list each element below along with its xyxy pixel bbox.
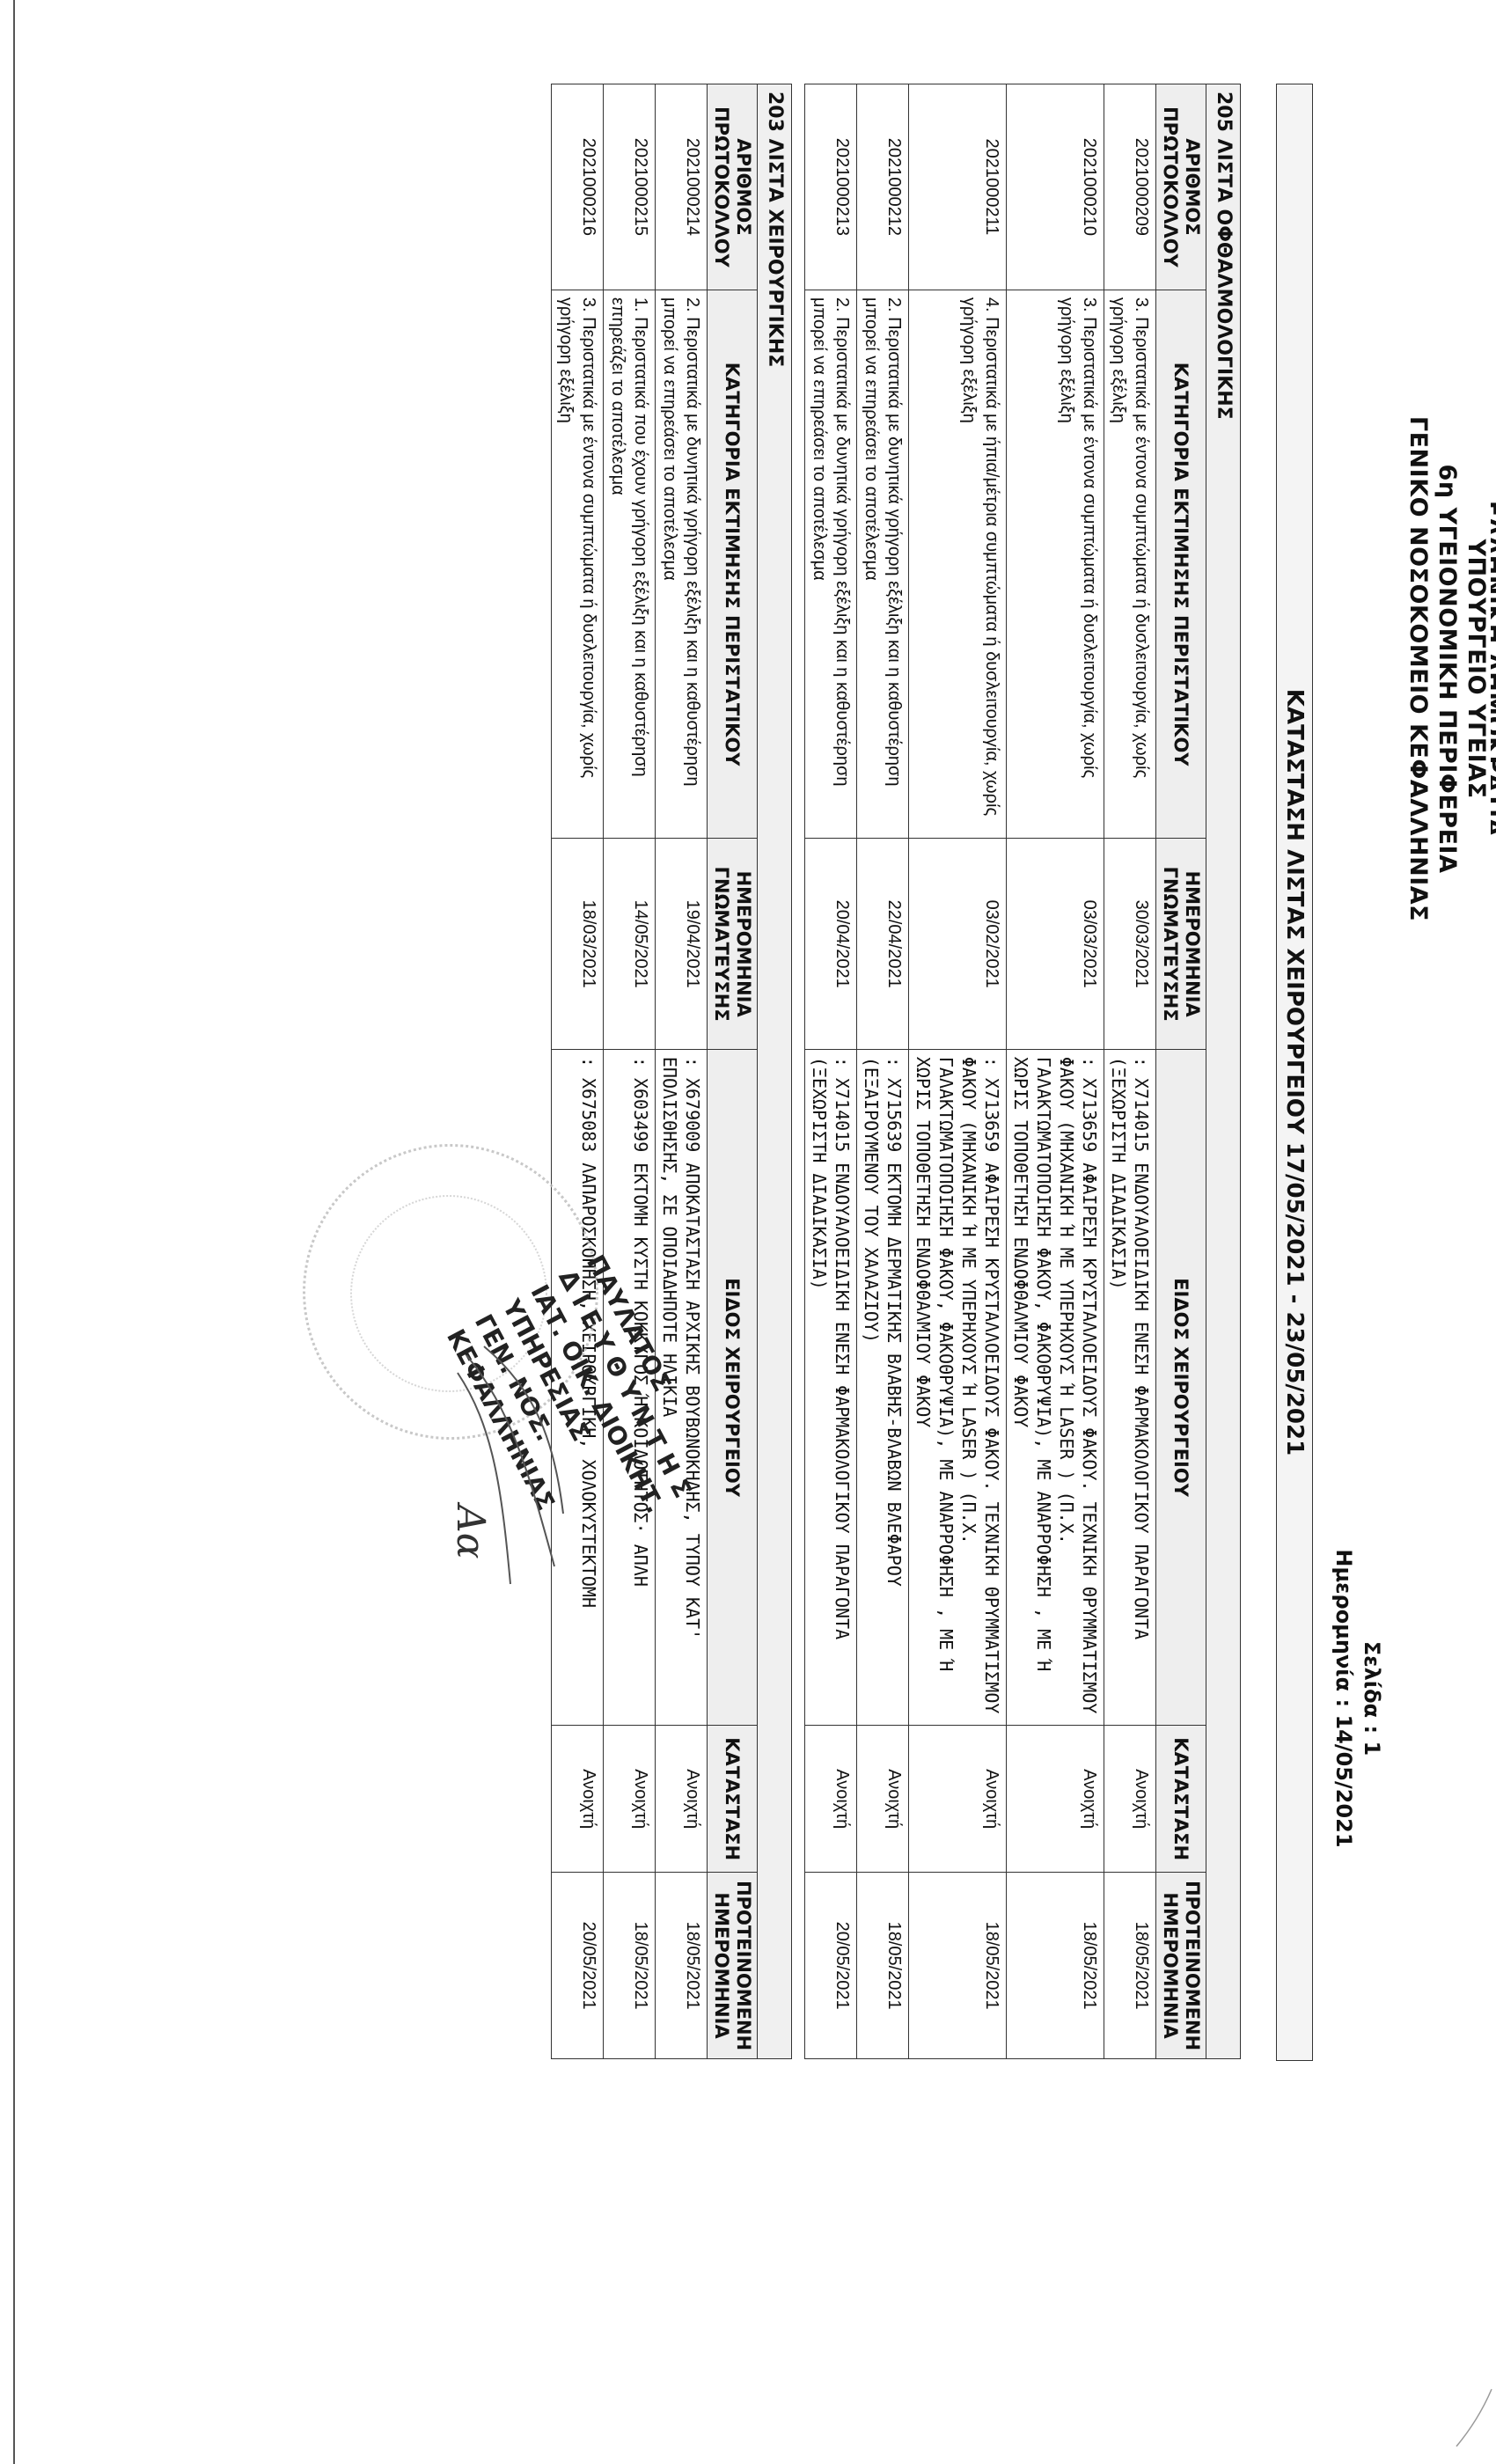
signature-initials: Αα — [449, 1501, 493, 1559]
scan-mark-decoration — [1452, 2385, 1496, 2455]
table-row: 20210002142. Περιστατικά με δυνητικά γρή… — [656, 84, 708, 2059]
table-row: 20210002132. Περιστατικά με δυνητικά γρή… — [805, 84, 857, 2059]
category-cell: 3. Περιστατικά με έντονα συμπτώματα ή δυ… — [552, 290, 604, 839]
protocol-number-cell: 2021000216 — [552, 84, 604, 290]
col-header-protocol: ΑΡΙΘΜΟΣ ΠΡΩΤΟΚΟΛΛΟΥ — [708, 84, 758, 290]
col-header-status: ΚΑΤΑΣΤΑΣΗ — [708, 1726, 758, 1873]
surgery-list-general-surgery: 203 ΛΙΣΤΑ ΧΕΙΡΟΥΡΓΙΚΗΣ ΑΡΙΘΜΟΣ ΠΡΩΤΟΚΟΛΛ… — [551, 84, 792, 2059]
status-cell: Ανοιχτή — [1104, 1726, 1156, 1873]
protocol-number-cell: 2021000212 — [857, 84, 909, 290]
table-row: 20210002122. Περιστατικά με δυνητικά γρή… — [857, 84, 909, 2059]
col-header-category: ΚΑΤΗΓΟΡΙΑ ΕΚΤΙΜΗΣΗΣ ΠΕΡΙΣΤΑΤΙΚΟΥ — [708, 290, 758, 839]
document-title: ΚΑΤΑΣΤΑΣΗ ΛΙΣΤΑΣ ΧΕΙΡΟΥΡΓΕΙΟΥ 17/05/2021… — [1276, 84, 1313, 2061]
surgery-type-cell: : Χ713659 ΑΦΑΙΡΕΣΗ ΚΡΥΣΤΑΛΛΟΕΙΔΟΥΣ ΦΑΚΟΥ… — [909, 1049, 1007, 1725]
col-header-category: ΚΑΤΗΓΟΡΙΑ ΕΚΤΙΜΗΣΗΣ ΠΕΡΙΣΤΑΤΙΚΟΥ — [1156, 290, 1206, 839]
print-date: Ημερομηνία : 14/05/2021 — [1330, 1531, 1358, 1866]
table-row: 20210002103. Περιστατικά με έντονα συμπτ… — [1007, 84, 1104, 2059]
category-cell: 3. Περιστατικά με έντονα συμπτώματα ή δυ… — [1104, 290, 1156, 839]
diagnosis-date-cell: 18/03/2021 — [552, 839, 604, 1049]
section-title: 203 ΛΙΣΤΑ ΧΕΙΡΟΥΡΓΙΚΗΣ — [758, 84, 792, 2059]
protocol-number-cell: 2021000210 — [1007, 84, 1104, 290]
list-body: 205 ΛΙΣΤΑ ΟΦΘΑΛΜΟΛΟΓΙΚΗΣ ΑΡΙΘΜΟΣ ΠΡΩΤΟΚΟ… — [805, 84, 1241, 2059]
category-cell: 2. Περιστατικά με δυνητικά γρήγορη εξέλι… — [656, 290, 708, 839]
page-edge-rule — [13, 0, 15, 2464]
col-header-proposed-date: ΠΡΟΤΕΙΝΟΜΕΝΗ ΗΜΕΡΟΜΗΝΙΑ — [708, 1873, 758, 2059]
col-header-status: ΚΑΤΑΣΤΑΣΗ — [1156, 1726, 1206, 1873]
org-line-country: ΕΛΛΗΝΙΚΗ ΔΗΜΟΚΡΑΤΙΑ — [1491, 0, 1496, 1338]
proposed-date-cell: 18/05/2021 — [857, 1873, 909, 2059]
surgery-type-cell: : Χ713659 ΑΦΑΙΡΕΣΗ ΚΡΥΣΤΑΛΛΟΕΙΔΟΥΣ ΦΑΚΟΥ… — [1007, 1049, 1104, 1725]
diagnosis-date-cell: 22/04/2021 — [857, 839, 909, 1049]
proposed-date-cell: 18/05/2021 — [604, 1873, 656, 2059]
table-row: 20210002151. Περιστατικά που έχουν γρήγο… — [604, 84, 656, 2059]
list-body: 203 ΛΙΣΤΑ ΧΕΙΡΟΥΡΓΙΚΗΣ ΑΡΙΘΜΟΣ ΠΡΩΤΟΚΟΛΛ… — [552, 84, 792, 2059]
table-row: 20210002093. Περιστατικά με έντονα συμπτ… — [1104, 84, 1156, 2059]
protocol-number-cell: 2021000213 — [805, 84, 857, 290]
protocol-number-cell: 2021000215 — [604, 84, 656, 290]
proposed-date-cell: 18/05/2021 — [656, 1873, 708, 2059]
status-cell: Ανοιχτή — [552, 1726, 604, 1873]
surgery-type-cell: : Χ715639 ΕΚΤΟΜΗ ΔΕΡΜΑΤΙΚΗΣ ΒΛΑΒΗΣ-ΒΛΑΒΩ… — [857, 1049, 909, 1725]
status-cell: Ανοιχτή — [805, 1726, 857, 1873]
org-line-region: 6η ΥΓΕΙΟΝΟΜΙΚΗ ΠΕΡΙΦΕΡΕΙΑ — [1433, 0, 1462, 1338]
table-row: 20210002114. Περιστατικά με ήπια/μέτρια … — [909, 84, 1007, 2059]
proposed-date-cell: 18/05/2021 — [909, 1873, 1007, 2059]
category-cell: 2. Περιστατικά με δυνητικά γρήγορη εξέλι… — [805, 290, 857, 839]
diagnosis-date-cell: 19/04/2021 — [656, 839, 708, 1049]
protocol-number-cell: 2021000214 — [656, 84, 708, 290]
status-cell: Ανοιχτή — [604, 1726, 656, 1873]
category-cell: 1. Περιστατικά που έχουν γρήγορη εξέλιξη… — [604, 290, 656, 839]
proposed-date-cell: 20/05/2021 — [805, 1873, 857, 2059]
col-header-diagnosis-date: ΗΜΕΡΟΜΗΝΙΑ ΓΝΩΜΑΤΕΥΣΗΣ — [708, 839, 758, 1049]
diagnosis-date-cell: 03/02/2021 — [909, 839, 1007, 1049]
category-cell: 3. Περιστατικά με έντονα συμπτώματα ή δυ… — [1007, 290, 1104, 839]
col-header-diagnosis-date: ΗΜΕΡΟΜΗΝΙΑ ΓΝΩΜΑΤΕΥΣΗΣ — [1156, 839, 1206, 1049]
page-meta: Σελίδα : 1 Ημερομηνία : 14/05/2021 — [1330, 1531, 1386, 1866]
status-cell: Ανοιχτή — [909, 1726, 1007, 1873]
surgery-list-ophthalmology: 205 ΛΙΣΤΑ ΟΦΘΑΛΜΟΛΟΓΙΚΗΣ ΑΡΙΘΜΟΣ ΠΡΩΤΟΚΟ… — [804, 84, 1241, 2059]
protocol-number-cell: 2021000211 — [909, 84, 1007, 290]
col-header-surgery-type: ΕΙΔΟΣ ΧΕΙΡΟΥΡΓΕΙΟΥ — [1156, 1049, 1206, 1725]
handwritten-signature: Αα — [449, 1338, 590, 1602]
proposed-date-cell: 18/05/2021 — [1104, 1873, 1156, 2059]
category-cell: 2. Περιστατικά με δυνητικά γρήγορη εξέλι… — [857, 290, 909, 839]
diagnosis-date-cell: 20/04/2021 — [805, 839, 857, 1049]
status-cell: Ανοιχτή — [1007, 1726, 1104, 1873]
diagnosis-date-cell: 03/03/2021 — [1007, 839, 1104, 1049]
org-line-hospital: ΓΕΝΙΚΟ ΝΟΣΟΚΟΜΕΙΟ ΚΕΦΑΛΛΗΝΙΑΣ — [1404, 0, 1433, 1338]
proposed-date-cell: 20/05/2021 — [552, 1873, 604, 2059]
document-page: ΕΛΛΗΝΙΚΗ ΔΗΜΟΚΡΑΤΙΑ ΥΠΟΥΡΓΕΙΟ ΥΓΕΙΑΣ 6η … — [0, 0, 1496, 2464]
section-title: 205 ΛΙΣΤΑ ΟΦΘΑΛΜΟΛΟΓΙΚΗΣ — [1206, 84, 1241, 2059]
category-cell: 4. Περιστατικά με ήπια/μέτρια συμπτώματα… — [909, 290, 1007, 839]
proposed-date-cell: 18/05/2021 — [1007, 1873, 1104, 2059]
status-cell: Ανοιχτή — [656, 1726, 708, 1873]
org-line-ministry: ΥΠΟΥΡΓΕΙΟ ΥΓΕΙΑΣ — [1462, 0, 1491, 1338]
surgery-type-cell: : Χ714015 ΕΝΔΟΥΑΛΟΕΙΔΙΚΗ ΕΝΕΣΗ ΦΑΡΜΑΚΟΛΟ… — [805, 1049, 857, 1725]
page-number: Σελίδα : 1 — [1358, 1531, 1386, 1866]
surgery-type-cell: : Χ714015 ΕΝΔΟΥΑΛΟΕΙΔΙΚΗ ΕΝΕΣΗ ΦΑΡΜΑΚΟΛΟ… — [1104, 1049, 1156, 1725]
table-row: 20210002163. Περιστατικά με έντονα συμπτ… — [552, 84, 604, 2059]
col-header-protocol: ΑΡΙΘΜΟΣ ΠΡΩΤΟΚΟΛΛΟΥ — [1156, 84, 1206, 290]
diagnosis-date-cell: 30/03/2021 — [1104, 839, 1156, 1049]
organization-header: ΕΛΛΗΝΙΚΗ ΔΗΜΟΚΡΑΤΙΑ ΥΠΟΥΡΓΕΙΟ ΥΓΕΙΑΣ 6η … — [1404, 0, 1496, 1338]
diagnosis-date-cell: 14/05/2021 — [604, 839, 656, 1049]
col-header-surgery-type: ΕΙΔΟΣ ΧΕΙΡΟΥΡΓΕΙΟΥ — [708, 1049, 758, 1725]
col-header-proposed-date: ΠΡΟΤΕΙΝΟΜΕΝΗ ΗΜΕΡΟΜΗΝΙΑ — [1156, 1873, 1206, 2059]
protocol-number-cell: 2021000209 — [1104, 84, 1156, 290]
status-cell: Ανοιχτή — [857, 1726, 909, 1873]
